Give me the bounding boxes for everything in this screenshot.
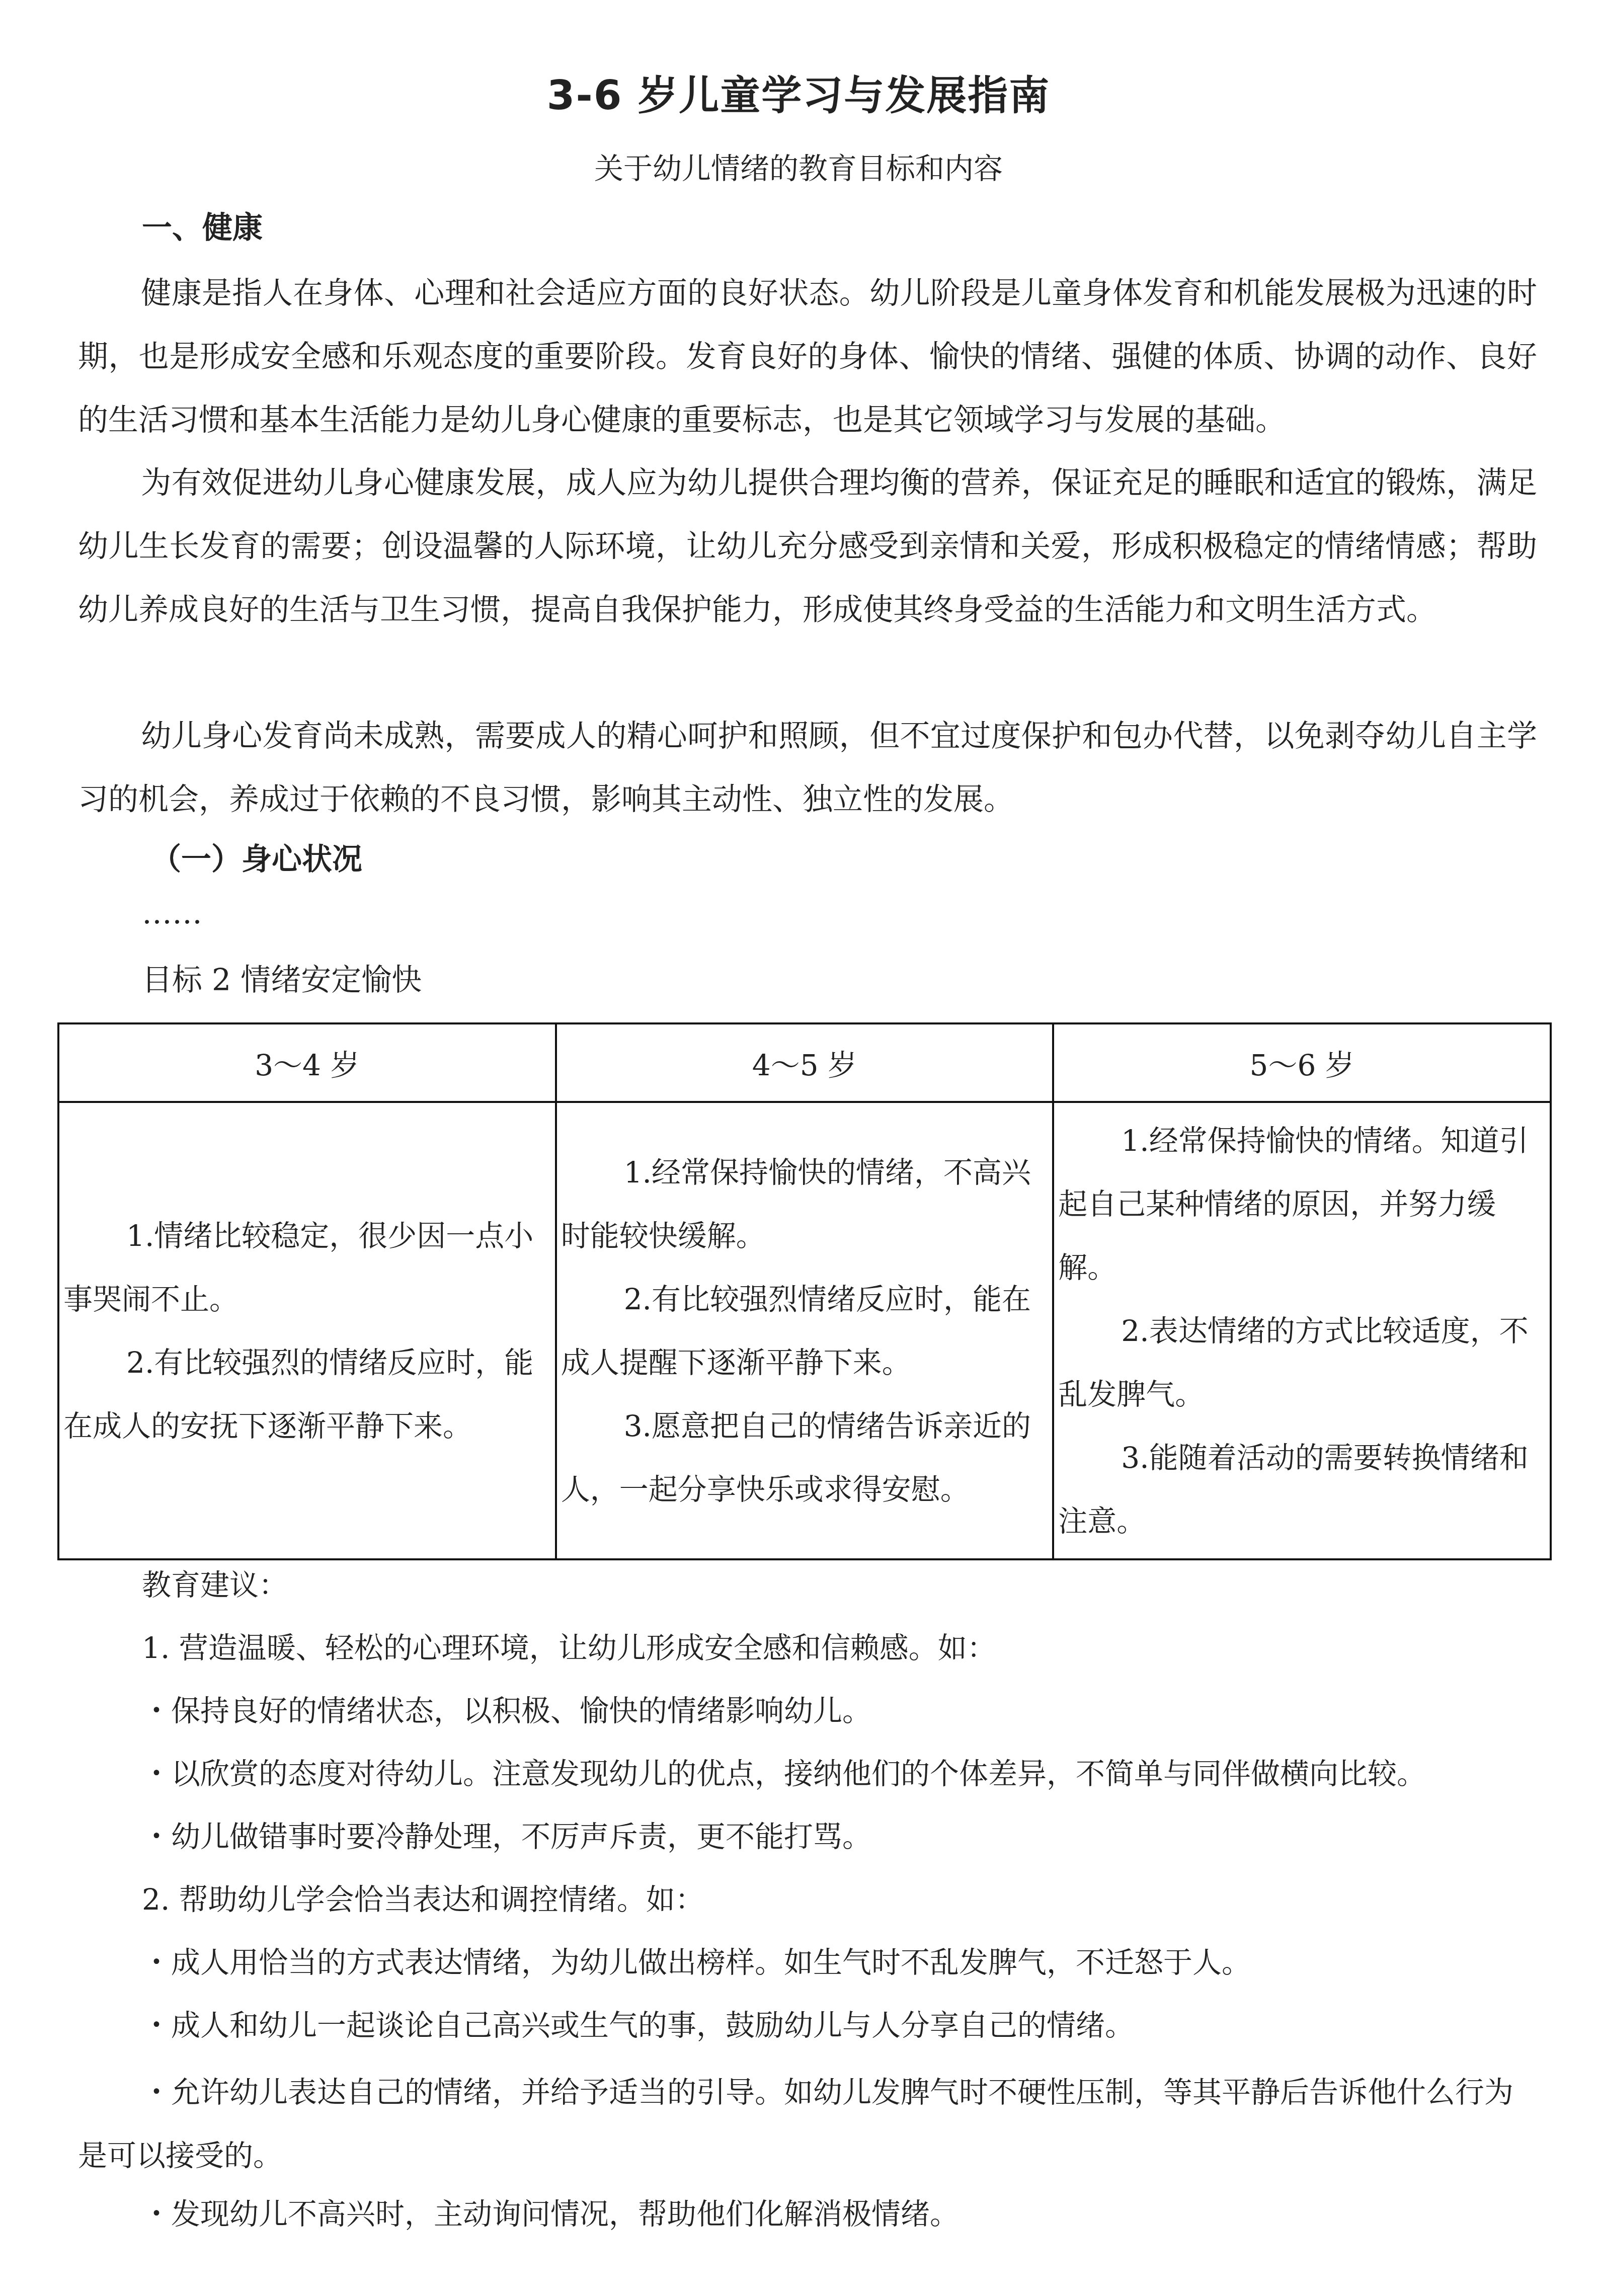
ellipsis: …… — [142, 896, 202, 931]
advice-heading-2: 2. 帮助幼儿学会恰当表达和调控情绪。如： — [142, 1884, 704, 1915]
paragraph-1-text: 健康是指人在身体、心理和社会适应方面的良好状态。幼儿阶段是儿童身体发育和机能发展… — [78, 276, 1537, 438]
paragraph-2: 为有效促进幼儿身心健康发展，成人应为幼儿提供合理均衡的营养，保证充足的睡眠和适宜… — [78, 451, 1537, 642]
cell-item: 1.经常保持愉快的情绪，不高兴时能较快缓解。 — [561, 1141, 1049, 1268]
document-page: 3-6 岁儿童学习与发展指南 关于幼儿情绪的教育目标和内容 一、健康 健康是指人… — [0, 0, 1597, 2296]
advice-bullet: ・发现幼儿不高兴时，主动询问情况，帮助他们化解消极情绪。 — [142, 2199, 959, 2229]
advice-bullet: ・保持良好的情绪状态，以积极、愉快的情绪影响幼儿。 — [142, 1696, 871, 1726]
cell-item: 3.愿意把自己的情绪告诉亲近的人，一起分享快乐或求得安慰。 — [561, 1394, 1049, 1521]
paragraph-2-text: 为有效促进幼儿身心健康发展，成人应为幼儿提供合理均衡的营养，保证充足的睡眠和适宜… — [78, 465, 1537, 627]
table-row: 1.情绪比较稳定，很少因一点小事哭闹不止。 2.有比较强烈的情绪反应时，能在成人… — [58, 1102, 1551, 1559]
goal-label: 目标 2 情绪安定愉快 — [142, 956, 422, 999]
cell-item: 2.有比较强烈的情绪反应时，能在成人的安抚下逐渐平静下来。 — [63, 1331, 551, 1458]
advice-bullet: ・以欣赏的态度对待幼儿。注意发现幼儿的优点，接纳他们的个体差异，不简单与同伴做横… — [142, 1759, 1426, 1789]
paragraph-3-text: 幼儿身心发育尚未成熟，需要成人的精心呵护和照顾，但不宜过度保护和包办代替，以免剥… — [78, 719, 1537, 817]
section-heading: 一、健康 — [142, 204, 263, 247]
paragraph-1: 健康是指人在身体、心理和社会适应方面的良好状态。幼儿阶段是儿童身体发育和机能发展… — [78, 262, 1537, 452]
cell-item: 2.有比较强烈情绪反应时，能在成人提醒下逐渐平静下来。 — [561, 1268, 1049, 1394]
header-age-4-5: 4～5 岁 — [556, 1023, 1054, 1102]
cell-item: 1.经常保持愉快的情绪。知道引起自己某种情绪的原因，并努力缓解。 — [1058, 1109, 1546, 1299]
header-age-3-4: 3～4 岁 — [58, 1023, 556, 1102]
advice-label: 教育建议： — [142, 1570, 288, 1600]
advice-bullet: ・成人用恰当的方式表达情绪，为幼儿做出榜样。如生气时不乱发脾气，不迁怒于人。 — [142, 1947, 1251, 1977]
goals-table: 3～4 岁 4～5 岁 5～6 岁 1.情绪比较稳定，很少因一点小事哭闹不止。 … — [57, 1022, 1552, 1560]
cell-item: 1.情绪比较稳定，很少因一点小事哭闹不止。 — [63, 1204, 551, 1331]
advice-bullet-text: ・允许幼儿表达自己的情绪，并给予适当的引导。如幼儿发脾气时不硬性压制，等其平静后… — [78, 2075, 1513, 2173]
cell-item: 2.表达情绪的方式比较适度，不乱发脾气。 — [1058, 1299, 1546, 1426]
advice-bullet: ・成人和幼儿一起谈论自己高兴或生气的事，鼓励幼儿与人分享自己的情绪。 — [142, 2010, 1134, 2040]
advice-heading-1: 1. 营造温暖、轻松的心理环境，让幼儿形成安全感和信赖感。如： — [142, 1633, 996, 1663]
subsection-heading: （一）身心状况 — [151, 835, 362, 879]
advice-bullet-wrapped: ・允许幼儿表达自己的情绪，并给予适当的引导。如幼儿发脾气时不硬性压制，等其平静后… — [78, 2061, 1537, 2187]
advice-bullet: ・幼儿做错事时要冷静处理，不厉声斥责，更不能打骂。 — [142, 1822, 871, 1852]
table-header-row: 3～4 岁 4～5 岁 5～6 岁 — [58, 1023, 1551, 1102]
document-title: 3-6 岁儿童学习与发展指南 — [0, 63, 1597, 121]
cell-item: 3.能随着活动的需要转换情绪和注意。 — [1058, 1426, 1546, 1553]
cell-age-4-5: 1.经常保持愉快的情绪，不高兴时能较快缓解。 2.有比较强烈情绪反应时，能在成人… — [556, 1102, 1054, 1559]
paragraph-3: 幼儿身心发育尚未成熟，需要成人的精心呵护和照顾，但不宜过度保护和包办代替，以免剥… — [78, 704, 1537, 831]
cell-age-5-6: 1.经常保持愉快的情绪。知道引起自己某种情绪的原因，并努力缓解。 2.表达情绪的… — [1053, 1102, 1551, 1559]
header-age-5-6: 5～6 岁 — [1053, 1023, 1551, 1102]
cell-age-3-4: 1.情绪比较稳定，很少因一点小事哭闹不止。 2.有比较强烈的情绪反应时，能在成人… — [58, 1102, 556, 1559]
document-subtitle: 关于幼儿情绪的教育目标和内容 — [0, 145, 1597, 187]
